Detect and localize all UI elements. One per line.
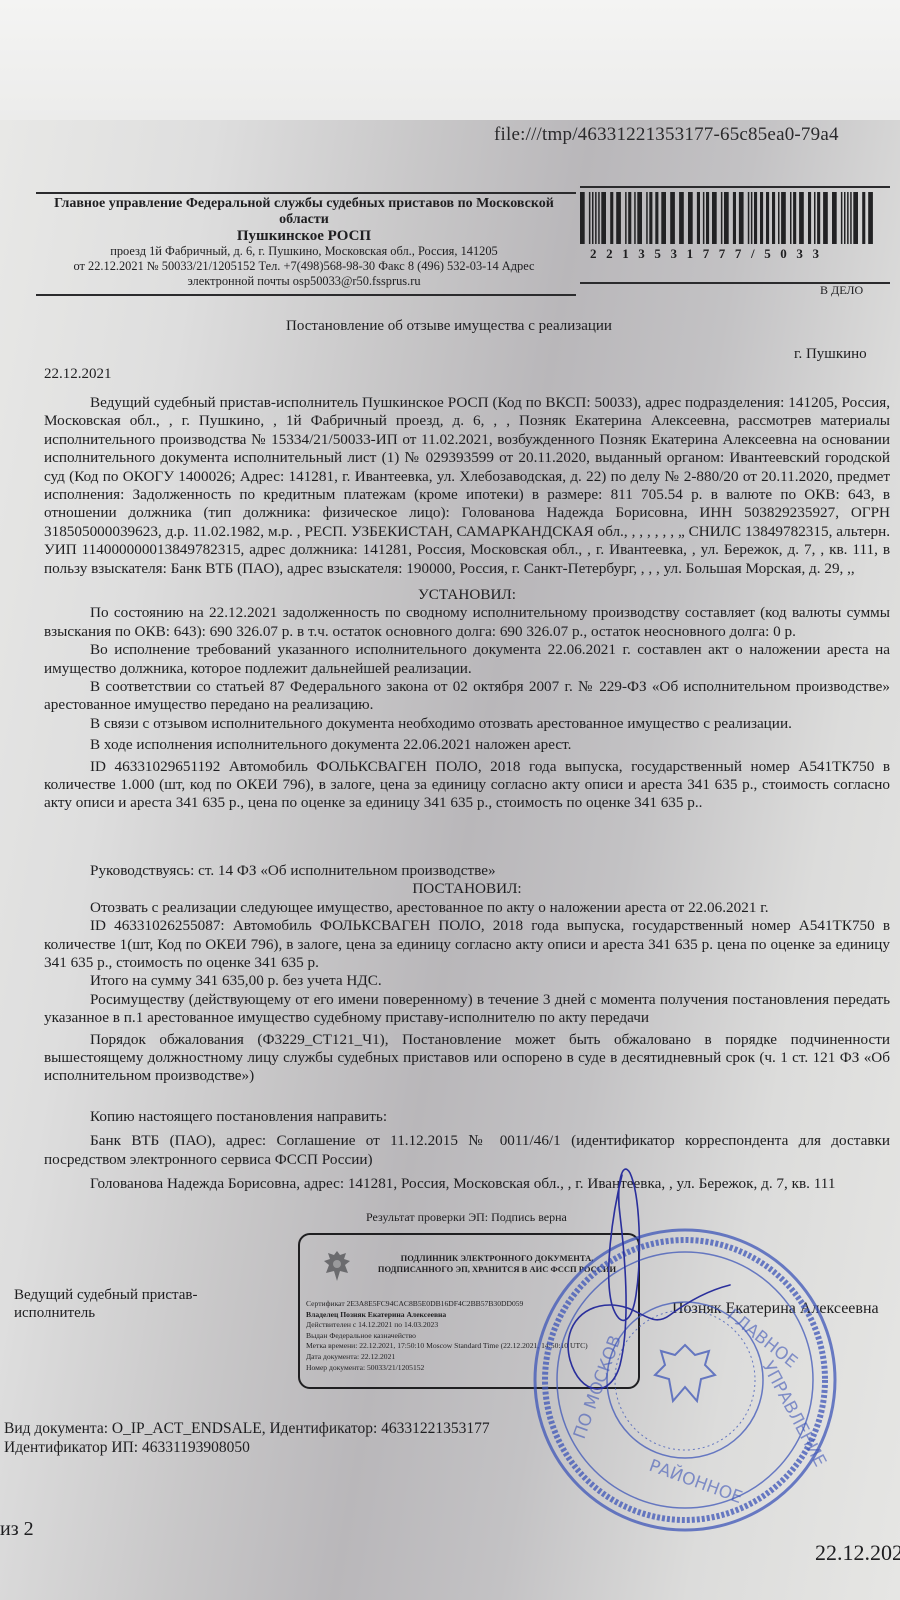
print-url: file:///tmp/46331221353177-65c85ea0-79a4	[494, 124, 839, 146]
recipient-bank: Банк ВТБ (ПАО), адрес: Соглашение от 11.…	[44, 1132, 890, 1169]
copies-section: Копию настоящего постановления направить…	[44, 1108, 890, 1194]
established-heading: УСТАНОВИЛ:	[44, 586, 890, 604]
document-title: Постановление об отзыве имущества с реал…	[286, 318, 612, 335]
guided-by: Руководствуясь: ст. 14 ФЗ «Об исполнител…	[44, 862, 890, 880]
resolved-heading: ПОСТАНОВИЛ:	[44, 880, 890, 898]
email-line: электронной почты osp50033@r50.fssprus.r…	[38, 274, 570, 289]
signer-role: Ведущий судебный пристав- исполнитель	[14, 1286, 197, 1322]
established-paragraph: В связи с отзывом исполнительного докуме…	[44, 715, 890, 733]
v-delo-label: В ДЕЛО	[820, 283, 863, 298]
department-address: проезд 1й Фабричный, д. 6, г. Пушкино, М…	[38, 244, 570, 259]
document-metadata: Вид документа: O_IP_ACT_ENDSALE, Идентиф…	[4, 1420, 490, 1457]
svg-text:УПРАВЛЕНИЕ: УПРАВЛЕНИЕ	[758, 1358, 830, 1470]
appeal-procedure: Порядок обжалования (Ф3229_СТ121_Ч1), По…	[44, 1031, 890, 1086]
recalled-item: ID 46331026255087: Автомобиль ФОЛЬКСВАГЕ…	[44, 917, 890, 972]
barcode-top-rule	[580, 186, 890, 188]
department-name: Пушкинское РОСП	[38, 228, 570, 244]
established-section: УСТАНОВИЛ: По состоянию на 22.12.2021 за…	[44, 586, 890, 813]
signer-role-line-2: исполнитель	[14, 1304, 197, 1322]
coat-of-arms-icon	[322, 1249, 352, 1283]
resolved-total: Итого на сумму 341 635,00 р. без учета Н…	[44, 972, 890, 990]
print-date: 22.12.2021	[815, 1540, 900, 1566]
org-name-2: области	[38, 212, 570, 228]
established-paragraph: В соответствии со статьей 87 Федеральног…	[44, 678, 890, 715]
resolved-section: Руководствуясь: ст. 14 ФЗ «Об исполнител…	[44, 862, 890, 1086]
barcode	[578, 190, 880, 248]
document-city: г. Пушкино	[794, 346, 867, 363]
paper-top	[0, 0, 900, 120]
established-paragraph: В ходе исполнения исполнительного докуме…	[44, 736, 890, 754]
resolved-paragraph: Отозвать с реализации следующее имуществ…	[44, 899, 890, 917]
intro-text: Ведущий судебный пристав-исполнитель Пуш…	[44, 394, 890, 578]
intro-paragraph: Ведущий судебный пристав-исполнитель Пуш…	[44, 394, 890, 578]
header-top-rule	[36, 192, 576, 194]
page-number: из 2	[0, 1518, 34, 1541]
copy-heading: Копию настоящего постановления направить…	[44, 1108, 890, 1126]
established-paragraph: По состоянию на 22.12.2021 задолженность…	[44, 604, 890, 641]
signer-role-line-1: Ведущий судебный пристав-	[14, 1286, 197, 1304]
issuer-header: Главное управление Федеральной службы су…	[38, 196, 570, 289]
header-bottom-rule	[36, 294, 576, 296]
established-paragraph: Во исполнение требований указанного испо…	[44, 641, 890, 678]
ip-identifier-line: Идентификатор ИП: 46331193908050	[4, 1439, 490, 1458]
org-name-1: Главное управление Федеральной службы су…	[38, 196, 570, 212]
signature-check-result: Результат проверки ЭП: Подпись верна	[366, 1210, 567, 1225]
svg-text:РАЙОННОЕ: РАЙОННОЕ	[646, 1454, 745, 1508]
reference-line: от 22.12.2021 № 50033/21/1205152 Тел. +7…	[38, 259, 570, 274]
recipient-debtor: Голованова Надежда Борисовна, адрес: 141…	[44, 1175, 890, 1193]
resolved-paragraph: Росимуществу (действующему от его имени …	[44, 991, 890, 1028]
document-type-line: Вид документа: O_IP_ACT_ENDSALE, Идентиф…	[4, 1420, 490, 1439]
handwritten-signature	[560, 1155, 760, 1415]
barcode-number: 2213531777/5033	[590, 246, 880, 262]
document-date: 22.12.2021	[44, 366, 112, 383]
arrested-item: ID 46331029651192 Автомобиль ФОЛЬКСВАГЕН…	[44, 758, 890, 813]
